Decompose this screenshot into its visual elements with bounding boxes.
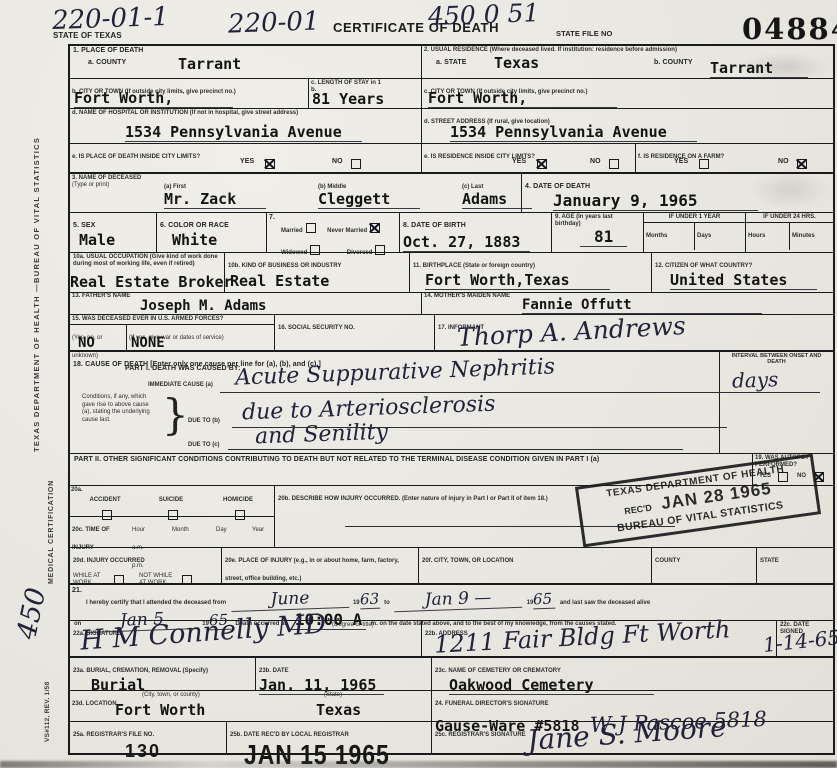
year1-value: 63: [359, 590, 380, 610]
part1-label: PART I. DEATH WAS CAUSED BY:: [125, 365, 241, 373]
place-of-death-title: 1. PLACE OF DEATH: [73, 47, 143, 55]
age-label: 9. AGE (In years last birthday): [555, 214, 615, 228]
kind-of-business-value: Real Estate: [230, 274, 329, 290]
due-to-c-value: and Senility: [255, 420, 389, 450]
citizen-value: United States: [670, 273, 817, 290]
section-injury-state: STATE: [757, 548, 833, 583]
section-sex: 5. SEX Male: [70, 213, 157, 252]
row-physician-signature: 22a. SIGNATURE (Degree or title) H M Con…: [70, 620, 833, 656]
section-usual-residence: 2. USUAL RESIDENCE (Where deceased lived…: [422, 46, 833, 172]
location-state-value: Texas: [316, 703, 361, 719]
residence-county-value: Tarrant: [710, 61, 808, 78]
injury-state-label: STATE: [760, 558, 779, 564]
months-label: Months: [646, 233, 667, 239]
informant-signature: Thorp A. Andrews: [456, 311, 686, 352]
section-injury-city-town: 20f. CITY, TOWN, OR LOCATION: [419, 548, 652, 583]
stamp-recd-label: REC'D: [624, 503, 653, 517]
residence-city-limits-yes: YES: [512, 158, 526, 166]
day-label: Day: [216, 527, 227, 533]
residence-farm-no: NO: [778, 158, 789, 166]
section-informant: 17. INFORMANT Thorp A. Andrews: [435, 315, 833, 350]
row-certification: 21. I hereby certify that I attended the…: [70, 583, 833, 620]
margin-medical-certification-text: MEDICAL CERTIFICATION: [48, 480, 55, 584]
section-registrar-file-no: 25a. REGISTRAR'S FILE NO. 130: [70, 722, 227, 753]
death-county-label: a. COUNTY: [88, 59, 126, 67]
page-bottom-edge: [0, 761, 837, 768]
section-burial-date: 23b. DATE Jan. 11, 1965: [256, 658, 432, 690]
burial-type-label: 23a. BURIAL, CREMATION, REMOVAL (Specify…: [73, 668, 208, 674]
race-label: 6. COLOR OR RACE: [160, 222, 229, 229]
race-value: White: [172, 231, 217, 249]
burial-date-label: 23b. DATE: [259, 668, 289, 674]
registrar-file-no-label: 25a. REGISTRAR'S FILE NO.: [73, 732, 154, 738]
residence-city-limits-no: NO: [590, 158, 601, 166]
section-physician-address: 22b. ADDRESS 1211 Fair Bldg Ft Worth: [422, 621, 777, 656]
residence-county-label: b. COUNTY: [654, 59, 693, 67]
residence-city-limits-no-checkbox: [609, 159, 619, 169]
describe-injury-label: 20b. DESCRIBE HOW INJURY OCCURRED. (Ente…: [278, 496, 548, 502]
never-married-label: Never Married: [327, 228, 367, 234]
hours-label: Hours: [748, 233, 765, 239]
mothers-maiden-name-label: 14. MOTHER'S MAIDEN NAME: [424, 293, 510, 300]
residence-state-label: a. STATE: [436, 59, 467, 67]
date-of-death-value: January 9, 1965: [553, 191, 758, 211]
section-kind-of-business: 10b. KIND OF BUSINESS OR INDUSTRY Real E…: [225, 253, 410, 292]
usual-occupation-value: Real Estate Broker: [70, 275, 233, 291]
homicide-label: HOMICIDE: [223, 497, 253, 503]
section-physician-signature: 22a. SIGNATURE (Degree or title) H M Con…: [70, 621, 422, 656]
section-place-of-death: 1. PLACE OF DEATH a. COUNTY Tarrant b. C…: [70, 46, 422, 172]
physician-address-value: 1211 Fair Bldg Ft Worth: [433, 615, 731, 658]
margin-handwritten-450: 450: [11, 585, 52, 642]
registrar-file-no-value: 130: [125, 741, 161, 761]
name-of-deceased-label: 3. NAME OF DECEASED: [72, 175, 160, 182]
section-date-of-death: 4. DATE OF DEATH January 9, 1965: [522, 174, 833, 212]
row-parents: 13. FATHER'S NAME Joseph M. Adams 14. MO…: [70, 292, 833, 314]
section-date-of-birth: 8. DATE OF BIRTH Oct. 27, 1883: [400, 213, 552, 252]
section-interval-onset-death: INTERVAL BETWEEN ONSET AND DEATH days: [720, 352, 833, 453]
death-certificate-scan: 220-01-1 220-01 STATE OF TEXAS CERTIFICA…: [0, 0, 837, 768]
type-or-print-note: (Type or print): [72, 182, 160, 189]
attended-to-value: Jan 9 —: [394, 587, 523, 612]
mothers-maiden-name-value: Fannie Offutt: [522, 298, 762, 314]
degree-or-title-label: (Degree or title): [332, 622, 374, 629]
immediate-cause-label: IMMEDIATE CAUSE (a): [148, 382, 213, 389]
sex-label: 5. SEX: [73, 222, 95, 229]
row-registrar: 25a. REGISTRAR'S FILE NO. 130 25b. DATE …: [70, 721, 833, 753]
days-label: Days: [697, 233, 711, 239]
birthplace-value: Fort Worth,Texas: [425, 273, 610, 290]
section-social-security-no: 16. SOCIAL SECURITY NO.: [275, 315, 435, 350]
row-occupation-birthplace-citizen: 10a. USUAL OCCUPATION (Give kind of work…: [70, 252, 833, 292]
accident-label: ACCIDENT: [90, 497, 121, 503]
section-fathers-name: 13. FATHER'S NAME Joseph M. Adams: [70, 293, 422, 314]
row-injury-location: 20d. INJURY OCCURRED WHILE AT WORK NOT W…: [70, 547, 833, 583]
registrar-signature-label: 25c. REGISTRAR'S SIGNATURE: [435, 732, 526, 738]
location-sub2: (State): [324, 692, 342, 699]
section-citizen-of-country: 12. CITIZEN OF WHAT COUNTRY? United Stat…: [652, 253, 833, 292]
age-value: 81: [580, 229, 627, 247]
item-21-number: 21.: [72, 587, 82, 595]
year-label: Year: [252, 527, 264, 533]
location-label: 23d. LOCATION: [72, 701, 117, 707]
section-birthplace: 11. BIRTHPLACE (State or foreign country…: [410, 253, 652, 292]
social-security-label: 16. SOCIAL SECURITY NO.: [278, 325, 355, 331]
injury-city-label: 20f. CITY, TOWN, OR LOCATION: [422, 558, 513, 564]
middle-name-value: Cleggett: [318, 192, 420, 209]
suicide-label: SUICIDE: [159, 497, 183, 503]
attended-from-value: June: [230, 587, 349, 612]
interval-value: days: [732, 367, 779, 393]
month-label: Month: [172, 527, 189, 533]
hospital-name-value: 1534 Pennsylvania Avenue: [125, 125, 362, 142]
date-received-label: 25b. DATE REC'D BY LOCAL REGISTRAR: [230, 732, 349, 738]
date-of-death-label: 4. DATE OF DEATH: [525, 183, 590, 190]
residence-farm-yes: YES: [674, 158, 688, 166]
section-injury-county: COUNTY: [652, 548, 757, 583]
kind-of-business-label: 10b. KIND OF BUSINESS OR INDUSTRY: [228, 263, 341, 269]
cause-b-rule: [232, 427, 727, 428]
row-place-and-residence: 1. PLACE OF DEATH a. COUNTY Tarrant b. C…: [70, 46, 833, 172]
section-burial-type: 23a. BURIAL, CREMATION, REMOVAL (Specify…: [70, 658, 256, 690]
state-file-no-label: STATE FILE NO: [556, 29, 612, 38]
place-of-injury-label: 20e. PLACE OF INJURY (e.g., in or about …: [225, 558, 399, 582]
death-inside-city-limits-no: NO: [332, 158, 343, 166]
residence-farm-yes-checkbox: [699, 159, 709, 169]
residence-farm-no-checkbox: [797, 159, 807, 169]
sex-value: Male: [79, 231, 115, 249]
state-of-texas-label: STATE OF TEXAS: [53, 31, 122, 41]
item-20a-label: 20a.: [71, 487, 83, 494]
section-marital-status: 7. Married Never Married Widowed Divorce…: [267, 213, 400, 252]
citizen-label: 12. CITIZEN OF WHAT COUNTRY?: [655, 263, 752, 269]
location-sub1: (City, town, or county): [142, 692, 200, 699]
conditions-note-text: Conditions, if any, which gave rise to a…: [82, 394, 158, 424]
part2-label: PART II. OTHER SIGNIFICANT CONDITIONS CO…: [74, 456, 694, 464]
due-to-c-label: DUE TO (c): [188, 442, 220, 449]
under-24-hrs-label: IF UNDER 24 HRS.: [746, 213, 833, 223]
margin-department-text: TEXAS DEPARTMENT OF HEALTH —BUREAU OF VI…: [32, 137, 41, 452]
interval-label: INTERVAL BETWEEN ONSET AND DEATH: [723, 353, 830, 366]
year2-value: 65: [533, 590, 556, 610]
cemetery-label: 23c. NAME OF CEMETERY OR CREMATORY: [435, 668, 561, 674]
conditions-note: Conditions, if any, which gave rise to a…: [82, 394, 158, 424]
section-color-or-race: 6. COLOR OR RACE White: [157, 213, 267, 252]
usual-residence-title: 2. USUAL RESIDENCE (Where deceased lived…: [424, 47, 677, 54]
handwritten-file-code: 450 0 51: [428, 0, 540, 31]
certify-text-2: and last saw the deceased alive: [560, 600, 650, 606]
section-place-of-injury: 20e. PLACE OF INJURY (e.g., in or about …: [222, 548, 419, 583]
death-inside-city-limits-label: e. IS PLACE OF DEATH INSIDE CITY LIMITS?: [72, 154, 200, 160]
section-cause-of-death: 18. CAUSE OF DEATH [Enter only one cause…: [70, 352, 720, 453]
section-armed-forces: 15. WAS DECEASED EVER IN U.S. ARMED FORC…: [70, 315, 275, 350]
location-city-value: Fort Worth: [115, 703, 205, 719]
marital-label: 7.: [269, 214, 275, 222]
year1-prefix: 19: [353, 600, 360, 606]
section-usual-occupation: 10a. USUAL OCCUPATION (Give kind of work…: [70, 253, 225, 292]
armed-forces-value2: NONE: [131, 336, 165, 351]
hospital-name-label: d. NAME OF HOSPITAL OR INSTITUTION (If n…: [72, 110, 302, 117]
section-age: 9. AGE (In years last birthday) 81: [552, 213, 644, 252]
section-registrar-signature: 25c. REGISTRAR'S SIGNATURE Jane S. Moore: [432, 722, 833, 753]
row-name-and-date-of-death: 3. NAME OF DECEASED (Type or print) (a) …: [70, 172, 833, 212]
conditions-brace: }: [162, 390, 189, 439]
married-label: Married: [281, 228, 303, 234]
section-cemetery: 23c. NAME OF CEMETERY OR CREMATORY Oakwo…: [432, 658, 833, 690]
section-name-of-deceased: 3. NAME OF DECEASED (Type or print) (a) …: [70, 174, 522, 212]
section-accident-suicide-homicide: 20a. ACCIDENT SUICIDE HOMICIDE: [70, 486, 275, 547]
row-burial: 23a. BURIAL, CREMATION, REMOVAL (Specify…: [70, 656, 833, 690]
death-county-value: Tarrant: [178, 57, 241, 73]
section-certification: 21. I hereby certify that I attended the…: [70, 585, 833, 620]
funeral-director-label: 24. FUNERAL DIRECTOR'S SIGNATURE: [435, 701, 548, 707]
section-date-received: 25b. DATE REC'D BY LOCAL REGISTRAR JAN 1…: [227, 722, 432, 753]
first-name-value: Mr. Zack: [164, 192, 266, 209]
birthplace-label: 11. BIRTHPLACE (State or foreign country…: [413, 263, 535, 269]
residence-city-value: Fort Worth,: [428, 91, 617, 108]
minutes-label: Minutes: [792, 233, 815, 239]
hour-label: Hour: [132, 527, 145, 533]
section-burial-location: 23d. LOCATION (City, town, or county) Fo…: [70, 691, 432, 721]
immediate-cause-value: Acute Suppurative Nephritis: [235, 354, 556, 390]
length-of-stay-value: 81 Years: [312, 92, 384, 108]
death-inside-city-limits-no-checkbox: [351, 159, 361, 169]
injury-occurred-label: 20d. INJURY OCCURRED: [73, 558, 145, 564]
street-address-value: 1534 Pennsylvania Avenue: [450, 125, 697, 142]
certify-text-1: I hereby certify that I attended the dec…: [86, 600, 226, 606]
section-if-under-24-hrs: IF UNDER 24 HRS. Hours Minutes: [746, 213, 833, 252]
cause-a-rule: [220, 392, 820, 393]
certificate-form: 1. PLACE OF DEATH a. COUNTY Tarrant b. C…: [68, 44, 835, 755]
row-cause-of-death: 18. CAUSE OF DEATH [Enter only one cause…: [70, 350, 833, 453]
due-to-b-label: DUE TO (b): [188, 418, 220, 425]
armed-forces-value1: NO: [78, 336, 95, 351]
death-inside-city-limits-yes: YES: [240, 158, 254, 166]
married-checkbox: [306, 223, 316, 233]
handwritten-code-2: 220-01: [228, 6, 320, 39]
residence-city-limits-yes-checkbox: [537, 159, 547, 169]
to-label: to: [384, 600, 390, 606]
injury-county-label: COUNTY: [655, 558, 680, 564]
never-married-checkbox: [370, 223, 380, 233]
residence-state-value: Texas: [494, 56, 539, 72]
cause-c-rule: [228, 449, 683, 450]
date-of-birth-label: 8. DATE OF BIRTH: [403, 222, 466, 229]
state-file-number: 04884: [742, 12, 837, 46]
row-sex-race-marital-birth-age: 5. SEX Male 6. COLOR OR RACE White 7. Ma…: [70, 212, 833, 252]
section-injury-occurred: 20d. INJURY OCCURRED WHILE AT WORK NOT W…: [70, 548, 222, 583]
armed-forces-label: 15. WAS DECEASED EVER IN U.S. ARMED FORC…: [70, 315, 274, 325]
section-date-signed: 22c. DATE SIGNED 1-14-65: [777, 621, 833, 656]
margin-form-number: VS#112, REV. 1/58: [44, 681, 51, 742]
usual-occupation-label: 10a. USUAL OCCUPATION (Give kind of work…: [73, 254, 221, 268]
date-of-birth-value: Oct. 27, 1883: [403, 235, 530, 252]
section-mothers-maiden-name: 14. MOTHER'S MAIDEN NAME Fannie Offutt: [422, 293, 833, 314]
under-1-year-label: IF UNDER 1 YEAR: [644, 213, 745, 223]
section-if-under-1-year: IF UNDER 1 YEAR Months Days: [644, 213, 746, 252]
death-city-value: Fort Worth,: [74, 91, 233, 108]
fathers-name-label: 13. FATHER'S NAME: [72, 293, 130, 300]
death-inside-city-limits-yes-checkbox: [265, 159, 275, 169]
fathers-name-value: Joseph M. Adams: [140, 299, 376, 315]
row-armedforces-ssn-informant: 15. WAS DECEASED EVER IN U.S. ARMED FORC…: [70, 314, 833, 350]
